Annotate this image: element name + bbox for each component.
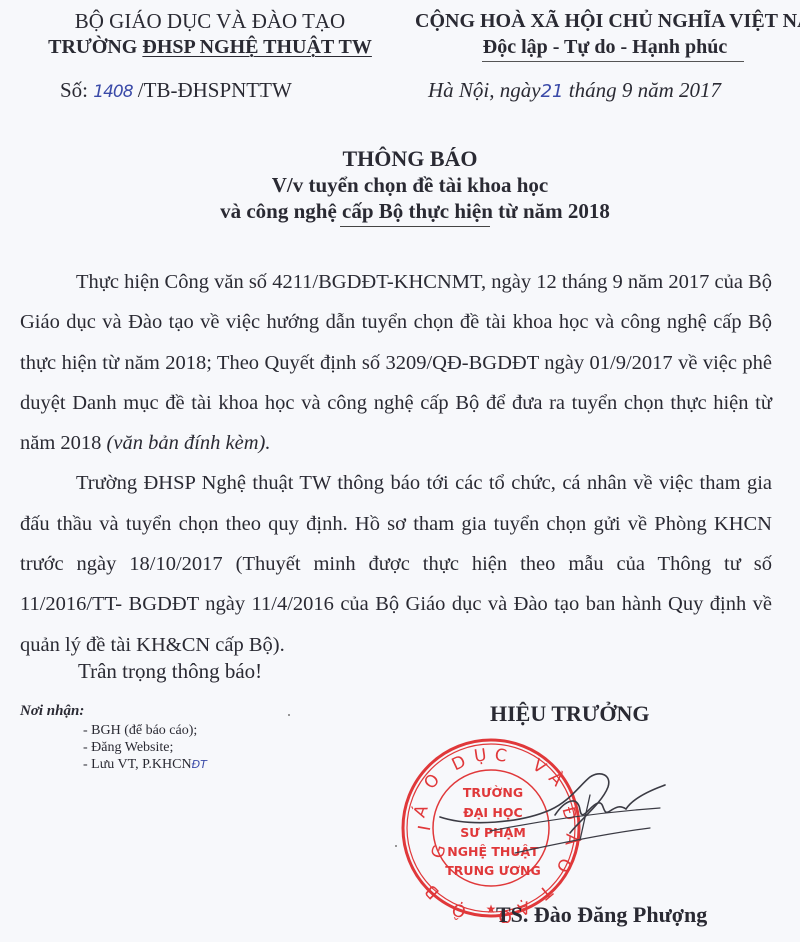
document-title: THÔNG BÁO xyxy=(0,145,800,173)
recipients-list: - BGH (để báo cáo); - Đăng Website; - Lư… xyxy=(83,722,207,773)
list-item: - Đăng Website; xyxy=(83,739,207,756)
title-underline xyxy=(340,226,490,227)
svg-text:★: ★ xyxy=(486,902,497,916)
paper-speck xyxy=(395,845,397,847)
country-name: CỘNG HOÀ XÃ HỘI CHỦ NGHĨA VIỆT NAM xyxy=(415,8,795,34)
list-item: - BGH (để báo cáo); xyxy=(83,722,207,739)
body-paragraph-1: Thực hiện Công văn số 4211/BGDĐT-KHCNMT,… xyxy=(20,262,772,463)
signatory-title: HIỆU TRƯỞNG xyxy=(490,701,650,727)
svg-text:C: C xyxy=(493,745,508,766)
document-number: Số: 1408 /TB-ĐHSPNTTW xyxy=(60,78,292,103)
handwritten-number: 1408 xyxy=(93,82,132,102)
handwritten-signature-icon xyxy=(430,765,690,875)
title-block: THÔNG BÁO V/v tuyển chọn đề tài khoa học… xyxy=(0,145,800,227)
subject-line-1: V/v tuyển chọn đề tài khoa học xyxy=(0,173,800,198)
paper-speck xyxy=(288,714,290,716)
document-date: Hà Nội, ngày21 tháng 9 năm 2017 xyxy=(428,78,721,103)
national-header: CỘNG HOÀ XÃ HỘI CHỦ NGHĨA VIỆT NAM Độc l… xyxy=(415,8,795,62)
school-name: TRƯỜNG ĐHSP NGHỆ THUẬT TW xyxy=(20,34,400,60)
motto: Độc lập - Tự do - Hạnh phúc xyxy=(415,34,795,60)
motto-underline xyxy=(482,61,744,62)
body-paragraph-2: Trường ĐHSP Nghệ thuật TW thông báo tới … xyxy=(20,463,772,664)
paper-speck xyxy=(260,95,262,97)
subject-line-2: và công nghệ cấp Bộ thực hiện từ năm 201… xyxy=(0,198,800,224)
signer-name: TS. Đào Đăng Phượng xyxy=(496,902,707,928)
closing-line: Trân trọng thông báo! xyxy=(78,659,262,684)
document-body: Thực hiện Công văn số 4211/BGDĐT-KHCNMT,… xyxy=(20,262,772,665)
svg-text:Ụ: Ụ xyxy=(473,745,488,767)
recipients-heading: Nơi nhận: xyxy=(20,703,207,720)
handwritten-initials: ĐT xyxy=(192,758,207,771)
document-page: { "header": { "ministry": "BỘ GIÁO DỤC V… xyxy=(0,0,800,942)
ministry-name: BỘ GIÁO DỤC VÀ ĐÀO TẠO xyxy=(20,8,400,34)
list-item: - Lưu VT, P.KHCNĐT xyxy=(83,756,207,773)
recipients-block: Nơi nhận: - BGH (để báo cáo); - Đăng Web… xyxy=(20,703,207,773)
svg-text:T: T xyxy=(534,880,556,903)
handwritten-day: 21 xyxy=(541,81,564,102)
issuer-block: BỘ GIÁO DỤC VÀ ĐÀO TẠO TRƯỜNG ĐHSP NGHỆ … xyxy=(20,8,400,60)
